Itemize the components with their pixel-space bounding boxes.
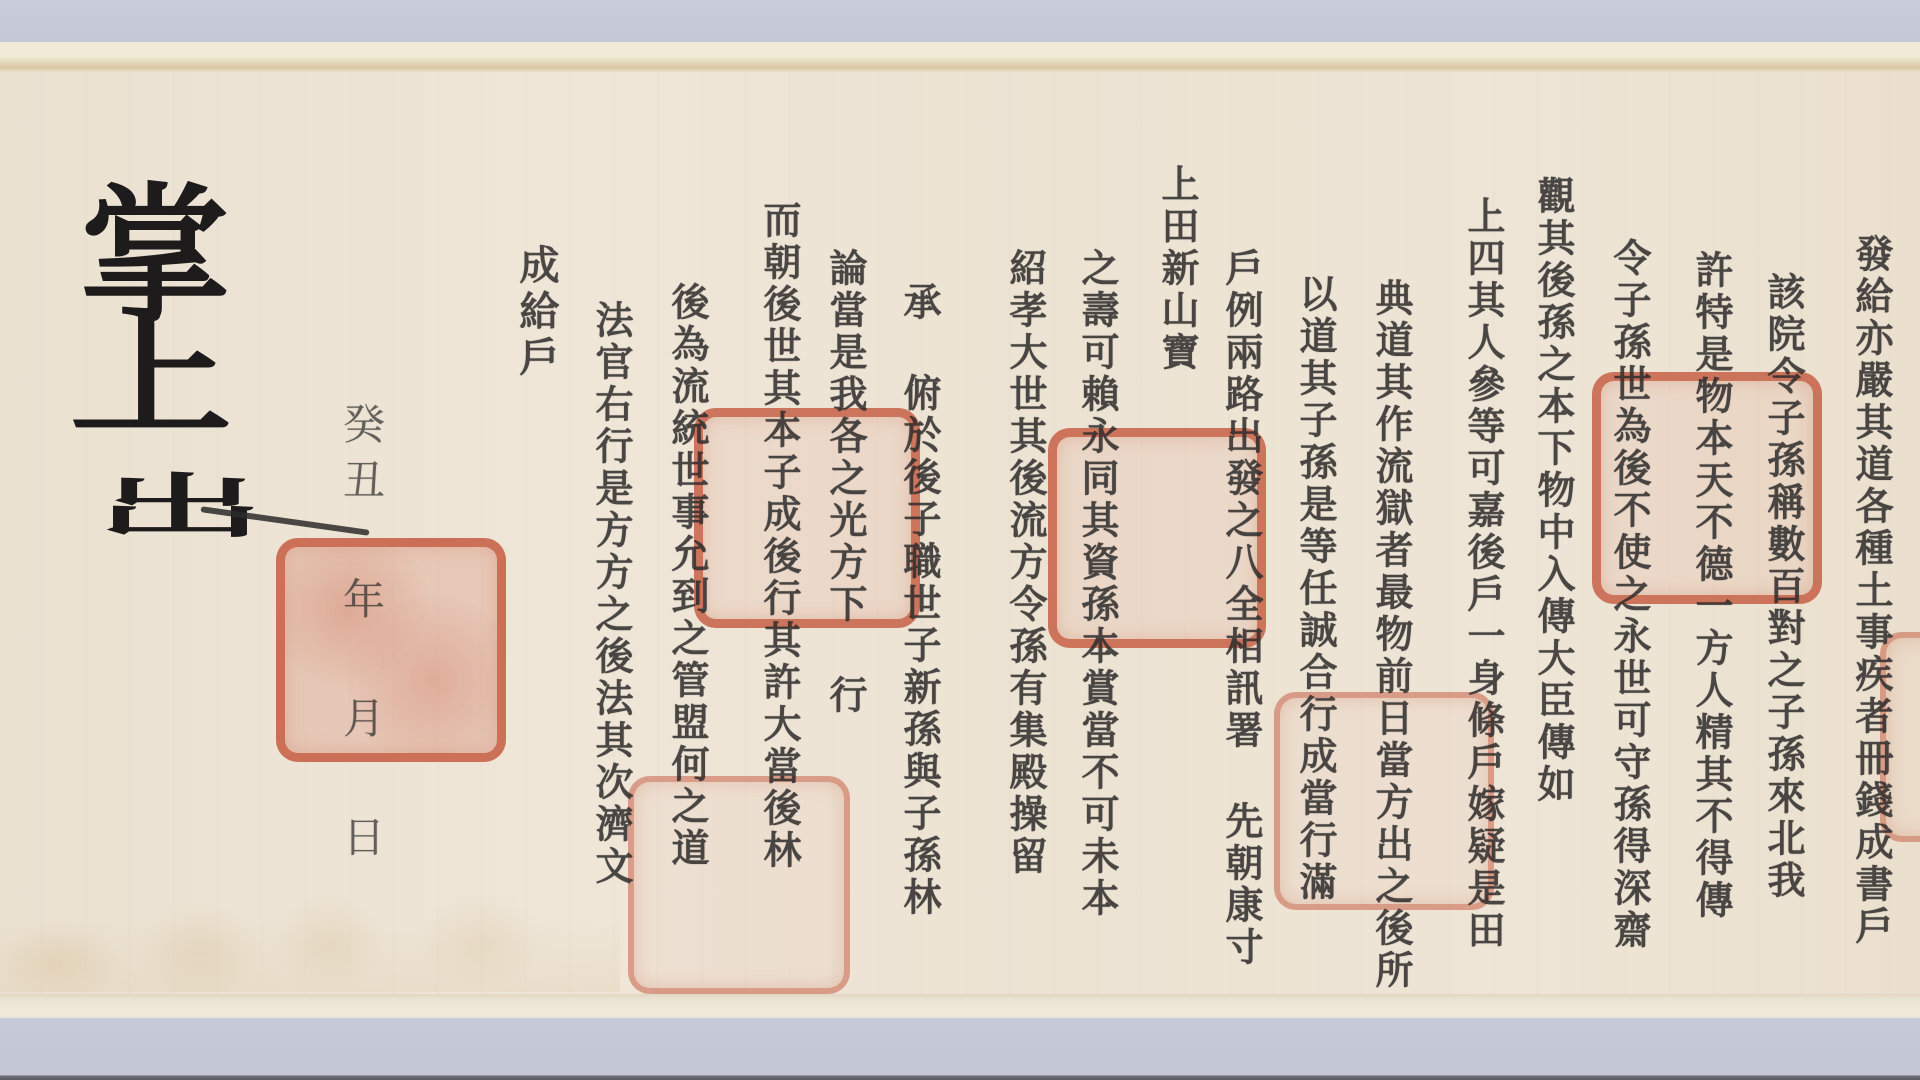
text-column-12: 紹孝大世其後流方令孫有集殿操留 bbox=[1006, 248, 1044, 878]
text-column-2: 該院令子孫稱數百對之子孫來北我 bbox=[1764, 272, 1802, 902]
document-scroll: 掌 上 出 癸丑 年 月 日 成給戶 法官右行是方方之後法其次濟文 後為流統世事… bbox=[0, 42, 1920, 1018]
text-column-13: 承 俯於後子職世子新孫與子孫林 bbox=[900, 282, 938, 919]
text-column-11: 之壽可賴永同其資孫本賞當不可未本 bbox=[1078, 248, 1116, 920]
water-stain bbox=[0, 842, 620, 992]
text-column-14: 論當是我各之光方下 行 bbox=[826, 248, 864, 717]
signature-mark: 出 bbox=[96, 472, 264, 542]
text-column-16: 後為流統世事允到之管盟何之道 bbox=[668, 282, 706, 870]
text-column-3: 許特是物本天不德一方人精其不得傳 bbox=[1692, 250, 1730, 922]
signature-char-shang: 上 bbox=[70, 312, 233, 442]
closing-column: 成給戶 bbox=[516, 244, 556, 382]
photo-frame: 掌 上 出 癸丑 年 月 日 成給戶 法官右行是方方之後法其次濟文 後為流統世事… bbox=[0, 0, 1920, 1080]
date-column: 癸丑 年 月 日 bbox=[340, 402, 382, 871]
paper-sheet: 掌 上 出 癸丑 年 月 日 成給戶 法官右行是方方之後法其次濟文 後為流統世事… bbox=[0, 72, 1920, 994]
text-column-8: 以道其子孫是等任誠合行成當行滿 bbox=[1296, 274, 1334, 904]
text-column-7: 典道其作流獄者最物前日當方出之後所 bbox=[1372, 278, 1410, 992]
seal-2 bbox=[694, 408, 920, 628]
text-column-15: 而朝後世其本子成後行其許大當後林 bbox=[760, 200, 798, 872]
text-column-1: 發給亦嚴其道各種土事疾者冊錢成書戶 bbox=[1852, 234, 1890, 948]
seal-3 bbox=[628, 776, 850, 994]
text-column-9: 戶例兩路出發之八全相訊署 先朝康寸 bbox=[1222, 248, 1260, 969]
scroll-bottom-edge bbox=[0, 994, 1920, 1018]
text-column-6: 上四其人參等可嘉後戶一身條戶嫁疑是田 bbox=[1464, 196, 1502, 952]
text-column-10: 上田新山寶 bbox=[1158, 164, 1196, 374]
text-column-17: 法官右行是方方之後法其次濟文 bbox=[592, 300, 630, 888]
scroll-top-edge bbox=[0, 42, 1920, 72]
text-column-4: 令子孫世為後不使之永世可守孫得深齋 bbox=[1610, 238, 1648, 952]
text-column-5: 觀其後孫之本下物中入傳大臣傳如 bbox=[1534, 176, 1572, 806]
seal-date bbox=[276, 538, 506, 762]
